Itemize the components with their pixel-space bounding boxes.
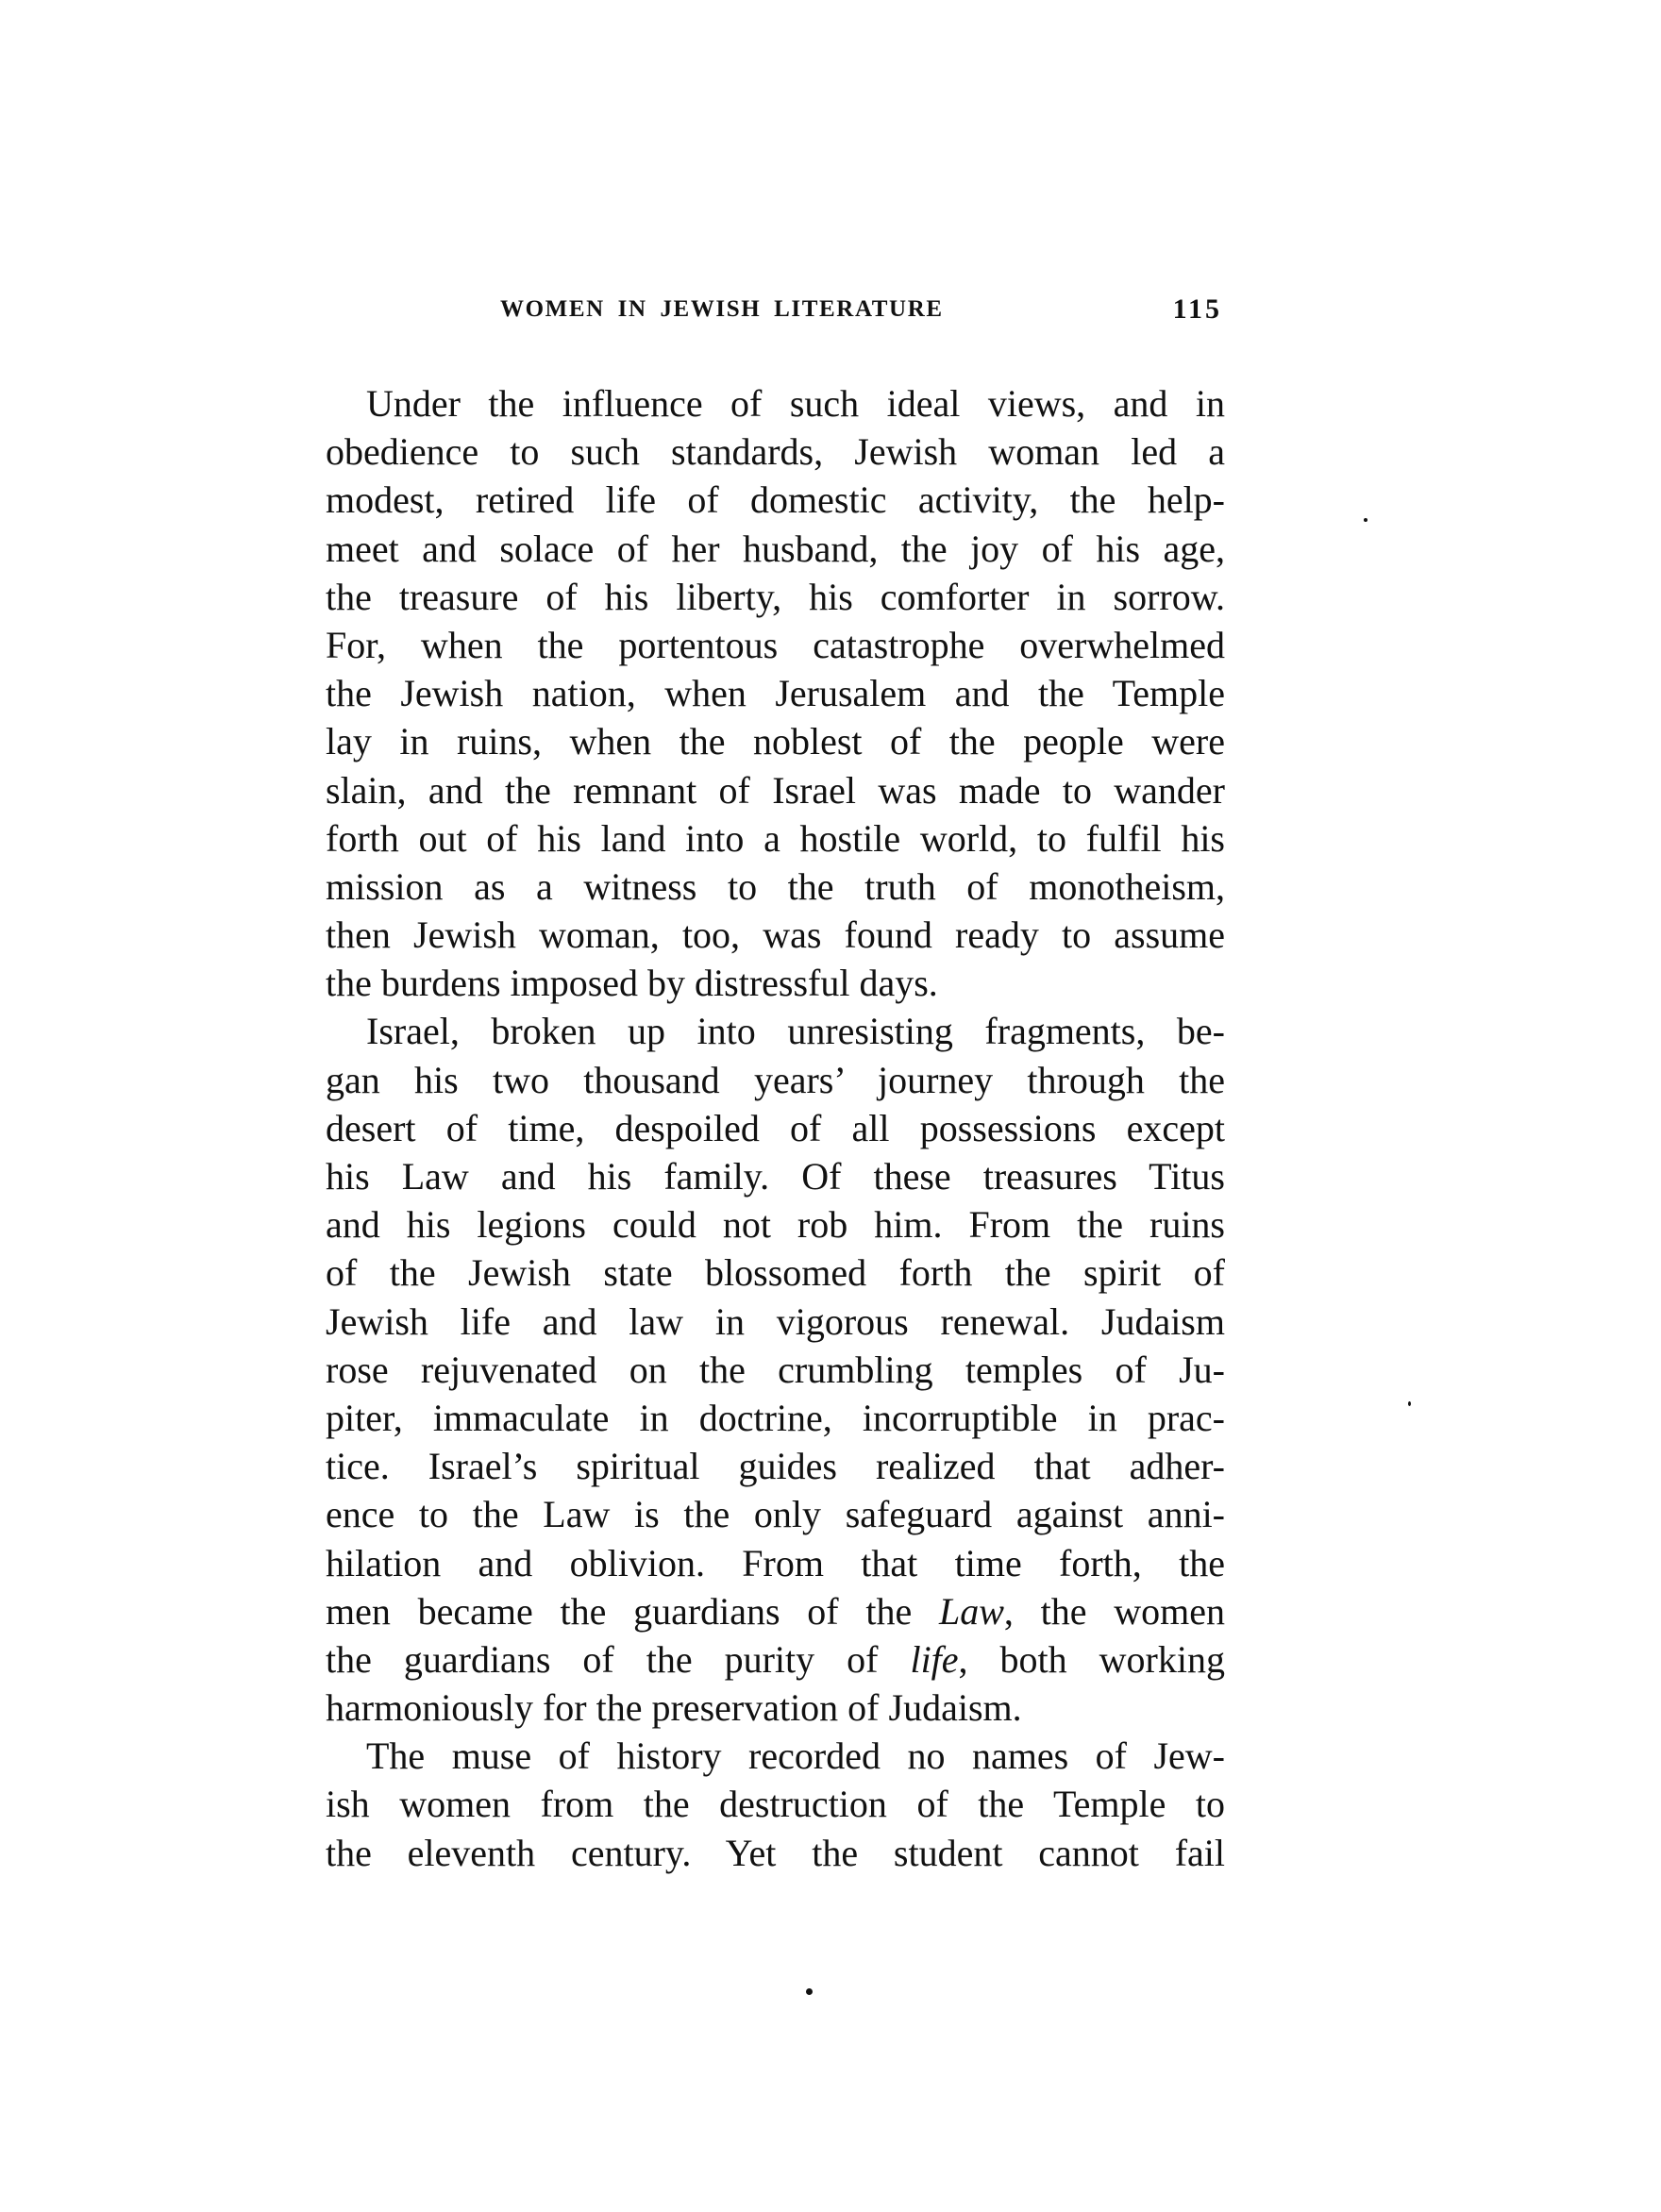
text-line: rose rejuvenated on the crumbling temple… (326, 1346, 1225, 1394)
text-line: the Jewish nation, when Jerusalem and th… (326, 669, 1225, 717)
text-fragment: , the women (1004, 1590, 1225, 1633)
text-line: desert of time, despoiled of all possess… (326, 1104, 1225, 1152)
text-line: piter, immaculate in doctrine, incorrupt… (326, 1394, 1225, 1442)
text-line: meet and solace of her husband, the joy … (326, 525, 1225, 573)
scan-speck (1364, 518, 1367, 522)
text-line: mission as a witness to the truth of mon… (326, 863, 1225, 911)
text-line: Under the influence of such ideal views,… (326, 379, 1225, 427)
text-line: slain, and the remnant of Israel was mad… (326, 766, 1225, 814)
text-line: For, when the portentous catastrophe ove… (326, 621, 1225, 669)
text-line: harmoniously for the preservation of Jud… (326, 1684, 1225, 1732)
text-line: obedience to such standards, Jewish woma… (326, 427, 1225, 476)
italic-law: Law (939, 1590, 1004, 1633)
text-line: the burdens imposed by distressful days. (326, 959, 1225, 1007)
text-line: Israel, broken up into unresisting fragm… (326, 1007, 1225, 1055)
text-line-life: the guardians of the purity of life, bot… (326, 1635, 1225, 1684)
text-line: gan his two thousand years’ journey thro… (326, 1056, 1225, 1104)
text-line: The muse of history recorded no names of… (326, 1732, 1225, 1780)
text-line: forth out of his land into a hostile wor… (326, 814, 1225, 863)
text-line: lay in ruins, when the noblest of the pe… (326, 717, 1225, 765)
body-text: Under the influence of such ideal views,… (326, 379, 1225, 1877)
italic-life: life (910, 1638, 958, 1681)
text-line: the treasure of his liberty, his comfort… (326, 573, 1225, 621)
text-line: his Law and his family. Of these treasur… (326, 1152, 1225, 1200)
text-line: and his legions could not rob him. From … (326, 1200, 1225, 1248)
page-number: 115 (1173, 291, 1222, 328)
text-line-law: men became the guardians of the Law, the… (326, 1587, 1225, 1635)
text-line: ish women from the destruction of the Te… (326, 1780, 1225, 1828)
text-line: modest, retired life of domestic activit… (326, 476, 1225, 524)
text-fragment: the guardians of the purity of (326, 1638, 910, 1681)
text-fragment: , both working (959, 1638, 1225, 1681)
text-line: then Jewish woman, too, was found ready … (326, 911, 1225, 959)
scan-speck (1408, 1401, 1411, 1406)
text-line: the eleventh century. Yet the student ca… (326, 1829, 1225, 1877)
text-line: tice. Israel’s spiritual guides realized… (326, 1442, 1225, 1490)
running-head: WOMEN IN JEWISH LITERATURE 115 (326, 291, 1225, 328)
text-fragment: men became the guardians of the (326, 1590, 939, 1633)
paragraph-3: The muse of history recorded no names of… (326, 1732, 1225, 1877)
text-line: Jewish life and law in vigorous renewal.… (326, 1298, 1225, 1346)
text-line: hilation and oblivion. From that time fo… (326, 1539, 1225, 1587)
paragraph-1: Under the influence of such ideal views,… (326, 379, 1225, 1007)
text-line: of the Jewish state blossomed forth the … (326, 1248, 1225, 1297)
scan-speck (806, 1988, 813, 1995)
running-title: WOMEN IN JEWISH LITERATURE (500, 291, 944, 328)
text-line: ence to the Law is the only safeguard ag… (326, 1490, 1225, 1538)
paragraph-2: Israel, broken up into unresisting fragm… (326, 1007, 1225, 1732)
